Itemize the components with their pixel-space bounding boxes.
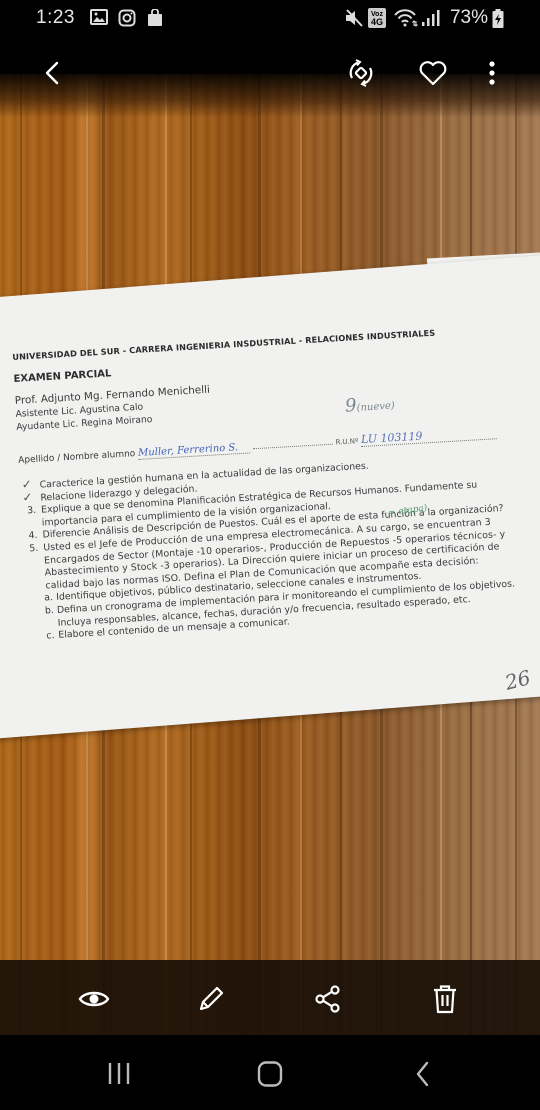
view-icon[interactable] xyxy=(77,982,111,1016)
run-value-handwritten: LU 103119 xyxy=(361,430,423,447)
mute-icon xyxy=(344,9,364,27)
wifi-icon xyxy=(394,9,420,27)
recent-apps-icon[interactable] xyxy=(104,1060,134,1088)
battery-charging-icon xyxy=(492,9,504,29)
signal-icon xyxy=(420,9,440,27)
battery-percent: 73% xyxy=(450,7,488,29)
top-app-bar xyxy=(0,38,540,74)
student-name-handwritten: Muller, Ferrerino S. xyxy=(138,442,239,459)
back-arrow-icon[interactable] xyxy=(36,56,70,90)
run-field: LU 103119 xyxy=(361,425,498,447)
instagram-icon xyxy=(118,9,136,27)
status-bar: 1:23 Voz4G 73% xyxy=(0,0,540,38)
heart-icon[interactable] xyxy=(416,56,450,90)
delete-icon[interactable] xyxy=(428,982,462,1016)
grade-handwritten: 9(nueve) xyxy=(344,392,395,416)
shopping-bag-icon xyxy=(147,9,163,27)
more-options-icon[interactable] xyxy=(475,56,509,90)
status-time: 1:23 xyxy=(36,7,75,29)
svg-text:4G: 4G xyxy=(371,17,383,27)
check-mark: ✓ xyxy=(22,491,33,504)
gallery-icon xyxy=(90,9,108,25)
rotate-icon[interactable] xyxy=(344,56,378,90)
home-icon[interactable] xyxy=(255,1060,285,1088)
exam-document: UNIVERSIDAD DEL SUR - CARRERA INGENIERIA… xyxy=(12,320,540,644)
volte-4g-icon: Voz4G xyxy=(368,8,386,28)
student-label: Apellido / Nombre alumno xyxy=(18,449,136,466)
run-label: R.U.Nº xyxy=(335,437,358,446)
back-icon[interactable] xyxy=(408,1060,438,1088)
questions-list: ✓ Caracterice la gestión humana en la ac… xyxy=(19,449,540,645)
student-name-field: Muller, Ferrerino S. xyxy=(138,441,251,459)
edit-icon[interactable] xyxy=(194,982,228,1016)
share-icon[interactable] xyxy=(311,982,345,1016)
